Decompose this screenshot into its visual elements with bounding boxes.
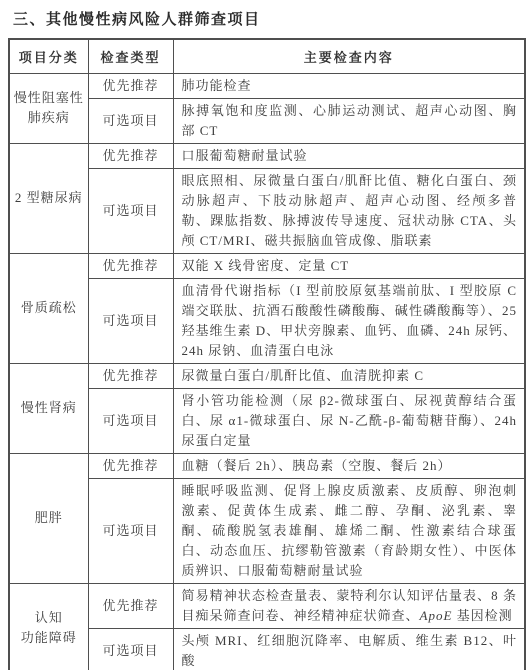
- check-type-cell: 可选项目: [88, 98, 173, 143]
- check-type-cell: 可选项目: [88, 388, 173, 453]
- category-cell-ckd: 慢性肾病: [9, 363, 88, 453]
- header-check-type: 检查类型: [88, 39, 173, 73]
- category-cell-cognitive: 认知 功能障碍: [9, 583, 88, 670]
- category-cell-osteoporosis: 骨质疏松: [9, 253, 88, 363]
- table-row: 2 型糖尿病 优先推荐 口服葡萄糖耐量试验: [9, 143, 525, 168]
- check-type-cell: 优先推荐: [88, 73, 173, 98]
- header-content: 主要检查内容: [173, 39, 525, 73]
- check-type-cell: 优先推荐: [88, 363, 173, 388]
- check-type-cell: 可选项目: [88, 278, 173, 363]
- check-type-cell: 优先推荐: [88, 143, 173, 168]
- content-cell: 尿微量白蛋白/肌酐比值、血清胱抑素 C: [173, 363, 525, 388]
- content-cell: 口服葡萄糖耐量试验: [173, 143, 525, 168]
- table-row: 肥胖 优先推荐 血糖（餐后 2h）、胰岛素（空腹、餐后 2h）: [9, 453, 525, 478]
- check-type-cell: 优先推荐: [88, 583, 173, 628]
- category-cell-obesity: 肥胖: [9, 453, 88, 583]
- content-cell: 简易精神状态检查量表、蒙特利尔认知评估量表、8 条目痴呆筛查问卷、神经精神症状筛…: [173, 583, 525, 628]
- table-row: 认知 功能障碍 优先推荐 简易精神状态检查量表、蒙特利尔认知评估量表、8 条目痴…: [9, 583, 525, 628]
- content-cell: 眼底照相、尿微量白蛋白/肌酐比值、糖化白蛋白、颈动脉超声、下肢动脉超声、超声心动…: [173, 168, 525, 253]
- header-category: 项目分类: [9, 39, 88, 73]
- check-type-cell: 优先推荐: [88, 453, 173, 478]
- content-cell: 头颅 MRI、红细胞沉降率、电解质、维生素 B12、叶酸: [173, 628, 525, 670]
- screening-table: 项目分类 检查类型 主要检查内容 慢性阻塞性 肺疾病 优先推荐 肺功能检查 可选…: [8, 38, 526, 670]
- document-page: 三、其他慢性病风险人群筛查项目 项目分类 检查类型 主要检查内容 慢性阻塞性 肺…: [0, 0, 532, 670]
- category-cell-diabetes: 2 型糖尿病: [9, 143, 88, 253]
- header-row: 项目分类 检查类型 主要检查内容: [9, 39, 525, 73]
- content-cell: 肾小管功能检测（尿 β2-微球蛋白、尿视黄醇结合蛋白、尿 α1-微球蛋白、尿 N…: [173, 388, 525, 453]
- page-title: 三、其他慢性病风险人群筛查项目: [13, 8, 261, 29]
- table-row: 骨质疏松 优先推荐 双能 X 线骨密度、定量 CT: [9, 253, 525, 278]
- content-cell: 脉搏氧饱和度监测、心肺运动测试、超声心动图、胸部 CT: [173, 98, 525, 143]
- check-type-cell: 可选项目: [88, 478, 173, 583]
- content-cell: 肺功能检查: [173, 73, 525, 98]
- table-row: 慢性肾病 优先推荐 尿微量白蛋白/肌酐比值、血清胱抑素 C: [9, 363, 525, 388]
- category-cell-copd: 慢性阻塞性 肺疾病: [9, 73, 88, 143]
- content-cell: 睡眠呼吸监测、促肾上腺皮质激素、皮质醇、卵泡刺激素、促黄体生成素、雌二醇、孕酮、…: [173, 478, 525, 583]
- check-type-cell: 可选项目: [88, 628, 173, 670]
- content-cell: 双能 X 线骨密度、定量 CT: [173, 253, 525, 278]
- check-type-cell: 可选项目: [88, 168, 173, 253]
- content-cell: 血清骨代谢指标（I 型前胶原氨基端前肽、I 型胶原 C 端交联肽、抗酒石酸酸性磷…: [173, 278, 525, 363]
- check-type-cell: 优先推荐: [88, 253, 173, 278]
- content-cell: 血糖（餐后 2h）、胰岛素（空腹、餐后 2h）: [173, 453, 525, 478]
- table-row: 慢性阻塞性 肺疾病 优先推荐 肺功能检查: [9, 73, 525, 98]
